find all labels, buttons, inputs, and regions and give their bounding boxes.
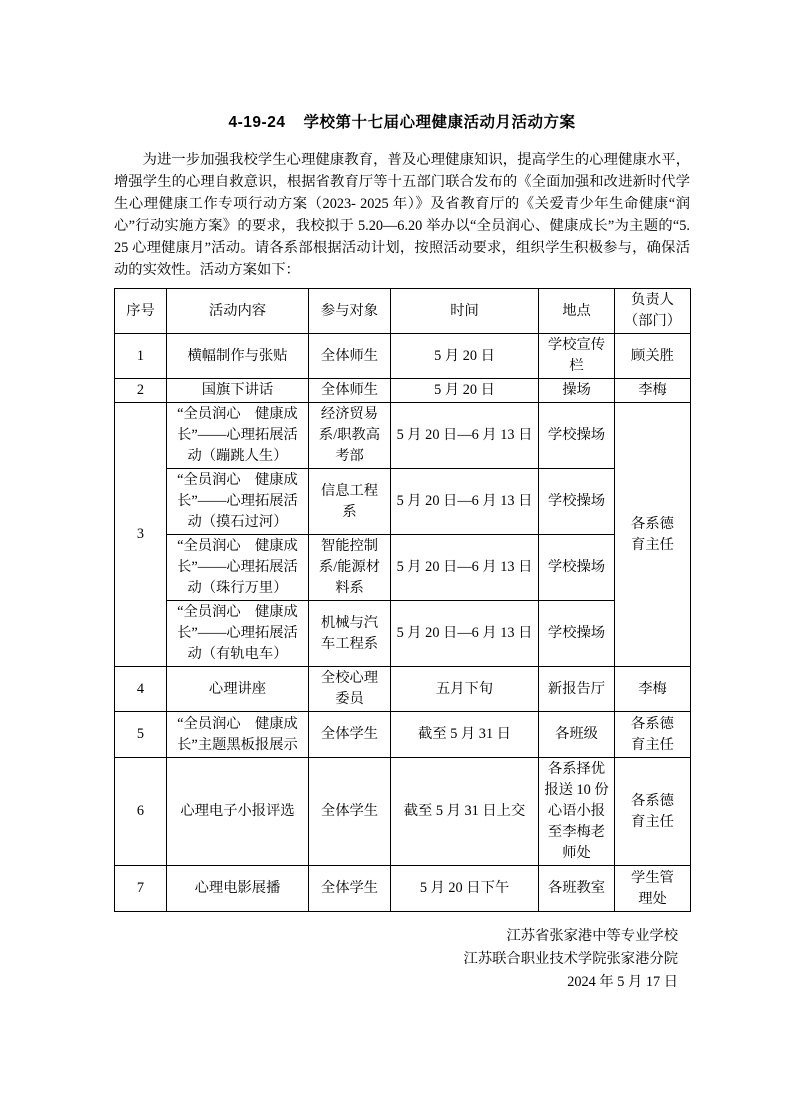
cell-owner: 李梅 [615,379,691,403]
cell-time: 5 月 20 日 [391,379,539,403]
table-row: 3 “全员润心 健康成 长”——心理拓展活 动（蹦跳人生） 经济贸易 系/职教高… [115,403,691,469]
col-header-activity: 活动内容 [167,289,309,334]
document-content: 4-19-24学校第十七届心理健康活动月活动方案 为进一步加强我校学生心理健康教… [114,0,690,994]
document-title: 4-19-24学校第十七届心理健康活动月活动方案 [114,111,690,134]
cell-time: 5 月 20 日—6 月 13 日 [391,535,539,601]
cell-participants: 机械与汽 车工程系 [309,601,391,667]
table-row: 4 心理讲座 全校心理 委员 五月下旬 新报告厅 李梅 [115,667,691,712]
activity-schedule-table: 序号 活动内容 参与对象 时间 地点 负责人 （部门） 1 横幅制作与张贴 全体… [114,288,691,912]
cell-participants: 全体学生 [309,866,391,912]
table-row: “全员润心 健康成 长”——心理拓展活 动（摸石过河） 信息工程 系 5 月 2… [115,469,691,535]
cell-activity: “全员润心 健康成 长”——心理拓展活 动（有轨电车） [167,601,309,667]
cell-activity: 心理电子小报评选 [167,758,309,866]
table-row: 1 横幅制作与张贴 全体师生 5 月 20 日 学校宣传 栏 顾关胜 [115,334,691,379]
cell-owner: 顾关胜 [615,334,691,379]
cell-owner: 李梅 [615,667,691,712]
table-row: 5 “全员润心 健康成 长”主题黑板报展示 全体学生 截至 5 月 31 日 各… [115,712,691,758]
cell-seq: 2 [115,379,167,403]
cell-time: 5 月 20 日—6 月 13 日 [391,469,539,535]
table-row: “全员润心 健康成 长”——心理拓展活 动（珠行万里） 智能控制 系/能源材 料… [115,535,691,601]
signature-school-line1: 江苏省张家港中等专业学校 [114,925,678,948]
col-header-time: 时间 [391,289,539,334]
cell-seq: 7 [115,866,167,912]
cell-participants: 全校心理 委员 [309,667,391,712]
cell-place: 学校操场 [539,535,615,601]
cell-owner: 各系德 育主任 [615,712,691,758]
cell-place: 各班教室 [539,866,615,912]
cell-seq: 1 [115,334,167,379]
cell-activity: “全员润心 健康成 长”——心理拓展活 动（摸石过河） [167,469,309,535]
cell-time: 5 月 20 日 [391,334,539,379]
cell-owner: 各系德 育主任 [615,403,691,667]
cell-place: 新报告厅 [539,667,615,712]
cell-participants: 全体师生 [309,334,391,379]
cell-participants: 智能控制 系/能源材 料系 [309,535,391,601]
document-page: 4-19-24学校第十七届心理健康活动月活动方案 为进一步加强我校学生心理健康教… [0,0,794,1108]
intro-paragraph: 为进一步加强我校学生心理健康教育，普及心理健康知识，提高学生的心理健康水平，增强… [114,149,690,281]
table-header-row: 序号 活动内容 参与对象 时间 地点 负责人 （部门） [115,289,691,334]
signature-school-line2: 江苏联合职业技术学院张家港分院 [114,948,678,971]
table-row: 7 心理电影展播 全体学生 5 月 20 日下午 各班教室 学生管 理处 [115,866,691,912]
cell-time: 截至 5 月 31 日上交 [391,758,539,866]
cell-time: 5 月 20 日下午 [391,866,539,912]
cell-activity: “全员润心 健康成 长”——心理拓展活 动（蹦跳人生） [167,403,309,469]
table-row: “全员润心 健康成 长”——心理拓展活 动（有轨电车） 机械与汽 车工程系 5 … [115,601,691,667]
cell-participants: 全体学生 [309,758,391,866]
cell-place: 学校操场 [539,469,615,535]
cell-time: 5 月 20 日—6 月 13 日 [391,403,539,469]
cell-owner: 学生管 理处 [615,866,691,912]
cell-place: 学校宣传 栏 [539,334,615,379]
table-row: 2 国旗下讲话 全体师生 5 月 20 日 操场 李梅 [115,379,691,403]
cell-owner: 各系德 育主任 [615,758,691,866]
cell-seq: 6 [115,758,167,866]
cell-place: 操场 [539,379,615,403]
cell-participants: 全体师生 [309,379,391,403]
cell-place: 各班级 [539,712,615,758]
cell-activity: 心理电影展播 [167,866,309,912]
cell-time: 五月下旬 [391,667,539,712]
cell-participants: 信息工程 系 [309,469,391,535]
cell-seq: 5 [115,712,167,758]
document-title-text: 学校第十七届心理健康活动月活动方案 [303,114,575,131]
table-row: 6 心理电子小报评选 全体学生 截至 5 月 31 日上交 各系择优 报送 10… [115,758,691,866]
cell-place: 学校操场 [539,403,615,469]
cell-time: 截至 5 月 31 日 [391,712,539,758]
cell-time: 5 月 20 日—6 月 13 日 [391,601,539,667]
cell-activity: 心理讲座 [167,667,309,712]
col-header-place: 地点 [539,289,615,334]
col-header-participants: 参与对象 [309,289,391,334]
cell-place: 学校操场 [539,601,615,667]
cell-place: 各系择优 报送 10 份 心语小报 至李梅老 师处 [539,758,615,866]
cell-seq: 3 [115,403,167,667]
cell-activity: “全员润心 健康成 长”主题黑板报展示 [167,712,309,758]
cell-activity: 国旗下讲话 [167,379,309,403]
cell-seq: 4 [115,667,167,712]
cell-activity: 横幅制作与张贴 [167,334,309,379]
cell-activity: “全员润心 健康成 长”——心理拓展活 动（珠行万里） [167,535,309,601]
cell-participants: 经济贸易 系/职教高 考部 [309,403,391,469]
signature-date: 2024 年 5 月 17 日 [114,971,678,994]
signature-block: 江苏省张家港中等专业学校 江苏联合职业技术学院张家港分院 2024 年 5 月 … [114,925,690,994]
document-number: 4-19-24 [229,114,286,131]
col-header-owner: 负责人 （部门） [615,289,691,334]
col-header-seq: 序号 [115,289,167,334]
cell-participants: 全体学生 [309,712,391,758]
